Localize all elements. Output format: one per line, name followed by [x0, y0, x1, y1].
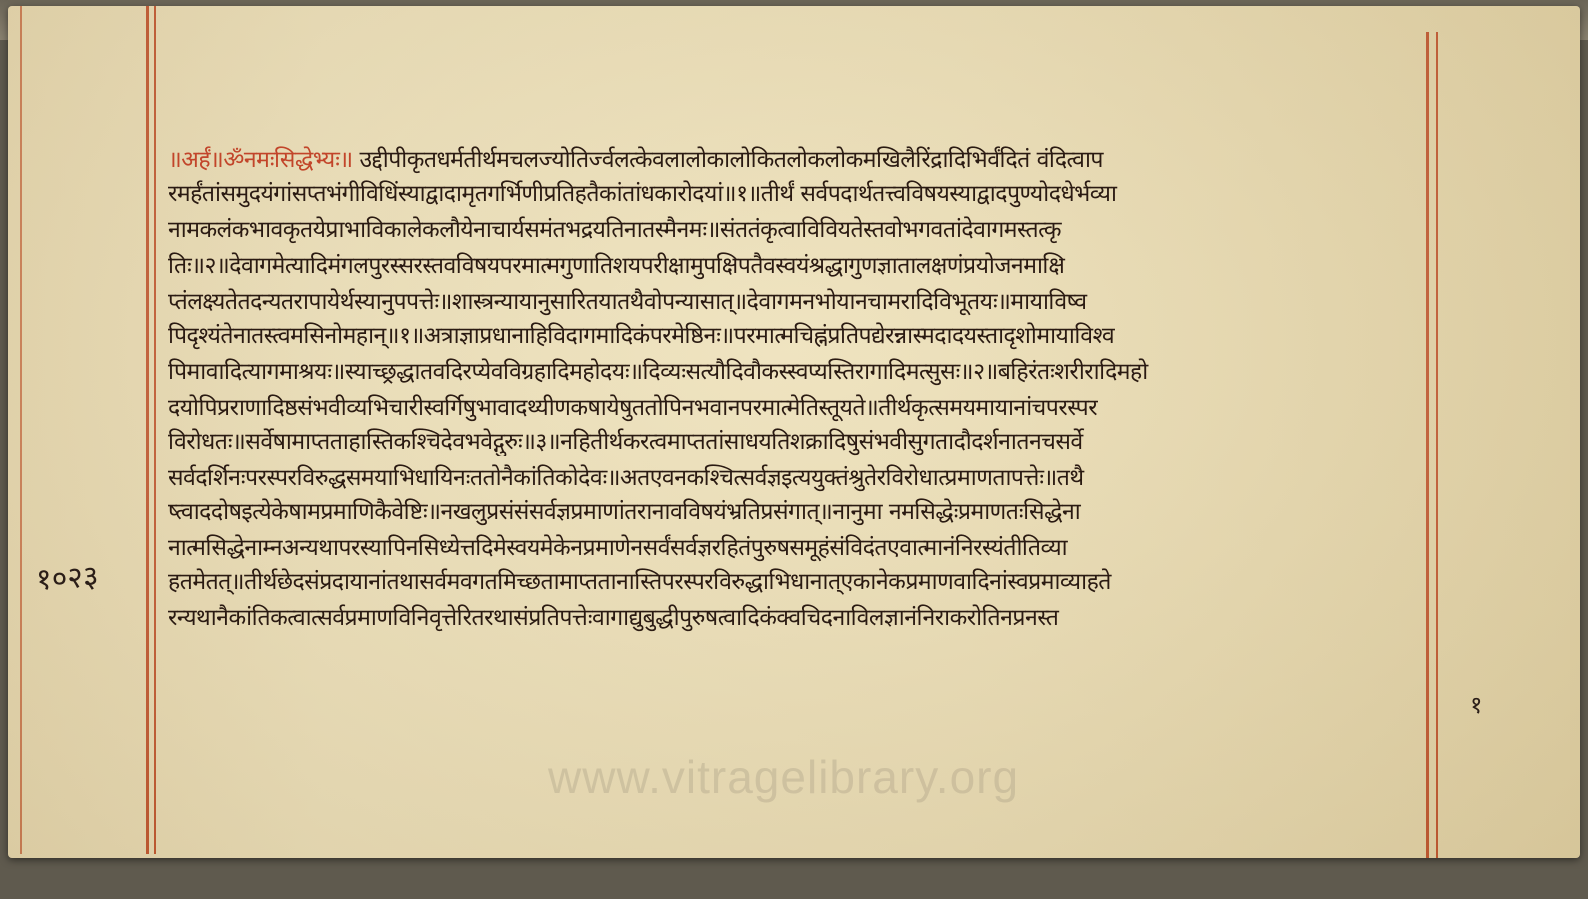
watermark: www.vitragelibrary.org — [548, 750, 1019, 804]
manuscript-line: सर्वदर्शिनःपरस्परविरुद्धसमयाभिधायिनःततोन… — [168, 464, 1430, 492]
manuscript-line: रन्यथानैकांतिकत्वात्सर्वप्रमाणविनिवृत्ते… — [168, 604, 1430, 632]
manuscript-line: दयोपिप्रराणादिष्ठसंभवीव्यभिचारीस्वर्गिषु… — [168, 394, 1430, 422]
manuscript-line: रमर्हंतांसमुदयंगांसप्तभंगीविधिंस्याद्वाद… — [168, 180, 1430, 208]
line-text: सर्वदर्शिनःपरस्परविरुद्धसमयाभिधायिनःततोन… — [168, 465, 1084, 491]
manuscript-line: ष्त्वाददोषइत्येकेषामप्रमाणिकैवेष्टिः॥नखल… — [168, 498, 1430, 526]
leaf-number: १ — [1470, 688, 1482, 721]
manuscript-line: नात्मसिद्धेनाम्नअन्यथापरस्यापिनसिध्येत्त… — [168, 534, 1430, 562]
line-text: उद्दीपीकृतधर्मतीर्थमचलज्योतिर्ज्वलत्केवल… — [353, 147, 1103, 173]
line-text: पिमावादित्यागमाश्रयः॥स्याच्छ्रद्धातवदिरप… — [168, 359, 1148, 385]
line-text: नात्मसिद्धेनाम्नअन्यथापरस्यापिनसिध्येत्त… — [168, 535, 1067, 561]
line-text: रमर्हंतांसमुदयंगांसप्तभंगीविधिंस्याद्वाद… — [168, 181, 1116, 207]
manuscript-line: प्तंलक्ष्यतेतदन्यतरापायेर्थस्यानुपपत्तेः… — [168, 288, 1430, 316]
line-text: पिदृश्यंतेनातस्त्वमसिनोमहान्॥१॥अत्राज्ञा… — [168, 323, 1114, 349]
manuscript-line: नामकलंकभावकृतयेप्राभाविकालेकलौयेनाचार्यस… — [168, 216, 1430, 244]
line-text: हतमेतत्॥तीर्थछेदसंप्रदायानांतथासर्वमवगतम… — [168, 569, 1111, 595]
right-margin-rule-inner — [1436, 32, 1438, 858]
folio-number: १०२३ — [35, 554, 99, 598]
line-text: दयोपिप्रराणादिष्ठसंभवीव्यभिचारीस्वर्गिषु… — [168, 395, 1097, 421]
line-text: प्तंलक्ष्यतेतदन्यतरापायेर्थस्यानुपपत्तेः… — [168, 289, 1087, 315]
line-text: विरोधतः॥सर्वेषामाप्तताहास्तिकश्चिदेवभवेद… — [168, 429, 1083, 455]
manuscript-line: तिः॥२॥देवागमेत्यादिमंगलपुरस्सरस्तवविषयपर… — [168, 252, 1430, 280]
left-edge-rule — [20, 6, 22, 854]
manuscript-line: ॥अर्हं॥ॐनमःसिद्धेभ्यः॥ उद्दीपीकृतधर्मतीर… — [168, 146, 1430, 174]
manuscript-line: विरोधतः॥सर्वेषामाप्तताहास्तिकश्चिदेवभवेद… — [168, 428, 1430, 456]
manuscript-line: पिदृश्यंतेनातस्त्वमसिनोमहान्॥१॥अत्राज्ञा… — [168, 322, 1430, 350]
rubric-invocation: ॥अर्हं॥ॐनमःसिद्धेभ्यः॥ — [168, 147, 353, 173]
left-margin-rule-inner — [154, 6, 156, 854]
line-text: रन्यथानैकांतिकत्वात्सर्वप्रमाणविनिवृत्ते… — [168, 605, 1058, 631]
line-text: नामकलंकभावकृतयेप्राभाविकालेकलौयेनाचार्यस… — [168, 217, 1061, 243]
left-margin-rule-outer — [146, 6, 149, 854]
manuscript-line: पिमावादित्यागमाश्रयः॥स्याच्छ्रद्धातवदिरप… — [168, 358, 1430, 386]
manuscript-line: हतमेतत्॥तीर्थछेदसंप्रदायानांतथासर्वमवगतम… — [168, 568, 1430, 596]
line-text: ष्त्वाददोषइत्येकेषामप्रमाणिकैवेष्टिः॥नखल… — [168, 499, 1080, 525]
line-text: तिः॥२॥देवागमेत्यादिमंगलपुरस्सरस्तवविषयपर… — [168, 253, 1064, 279]
